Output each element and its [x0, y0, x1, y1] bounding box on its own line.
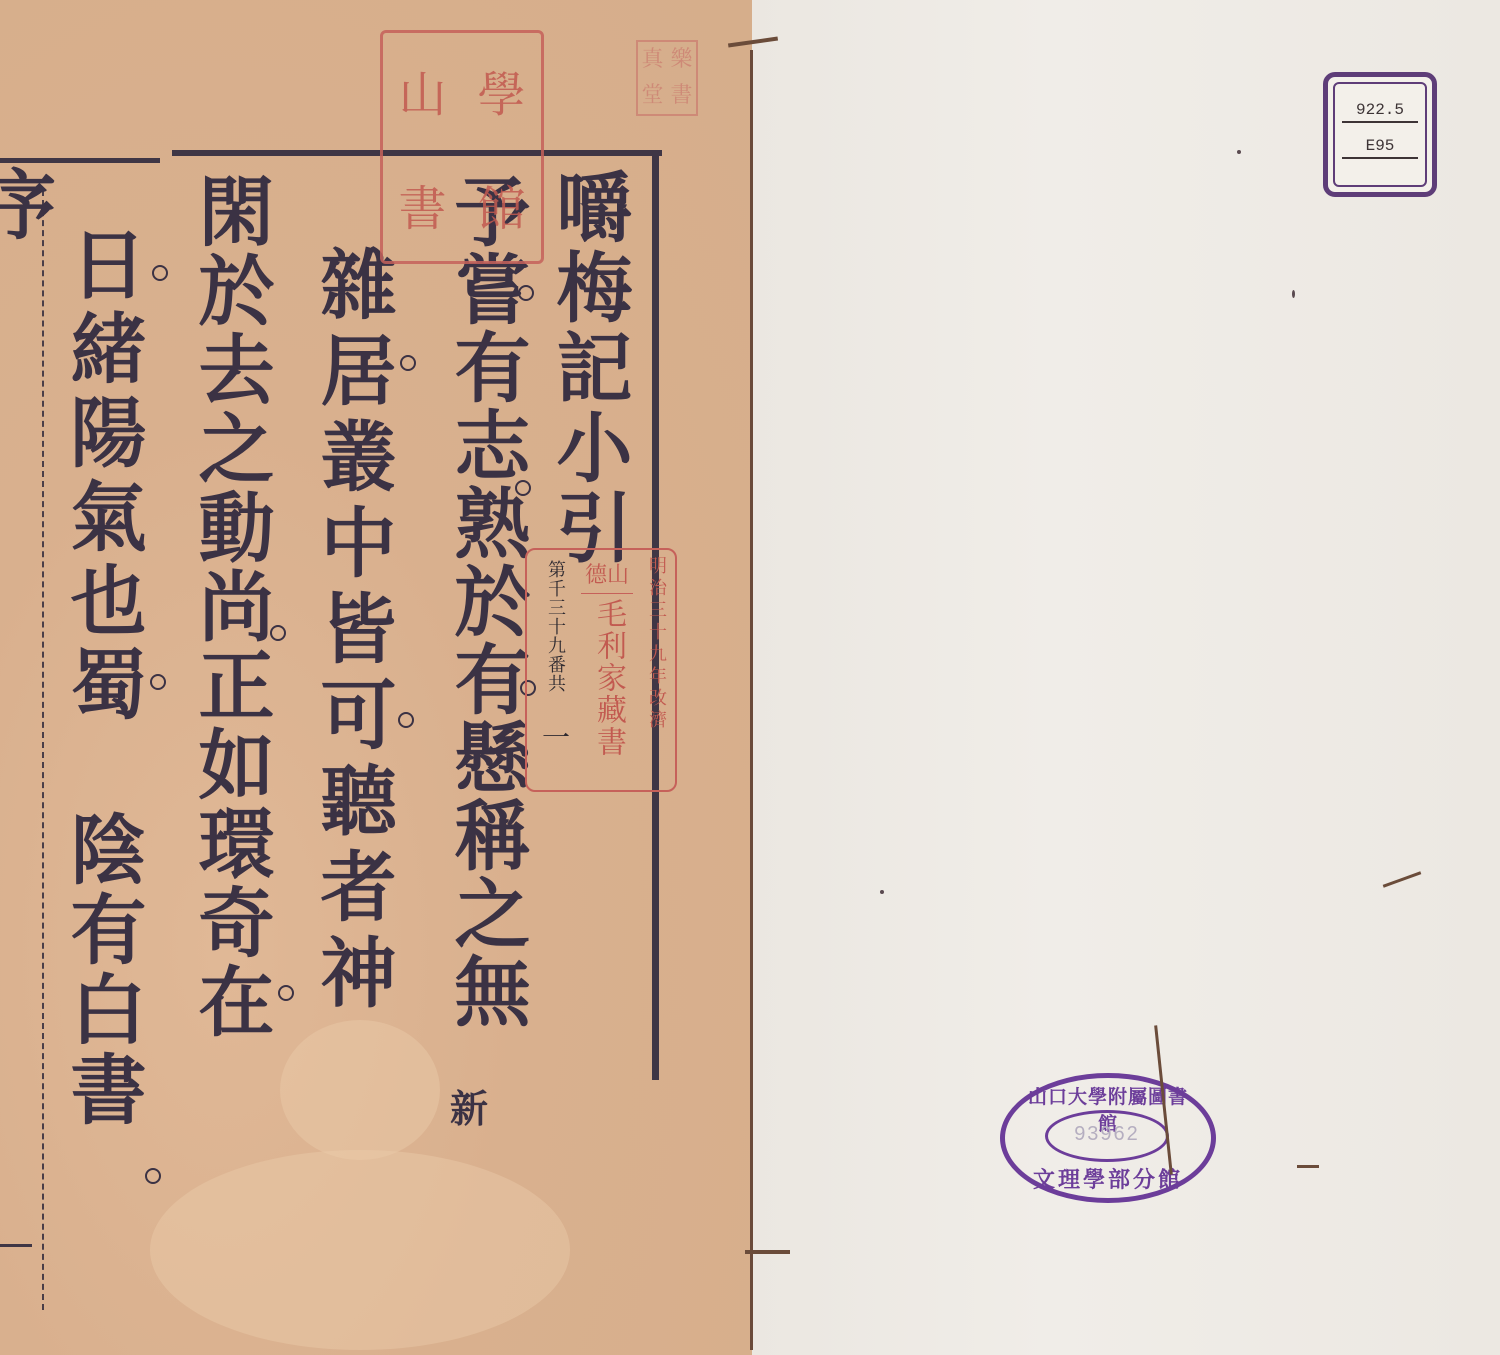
library-seal-large: 山 學 書 館 [380, 30, 544, 264]
page-edge [750, 50, 753, 1350]
border-rule-bottom-left [0, 1244, 32, 1247]
call-number-line1: 922.5 [1328, 101, 1432, 119]
seal-count-text: 一 [539, 716, 573, 756]
stamp-bottom-text: 文理學部分館 [1027, 1163, 1189, 1194]
text-column-4: 閑於去之動尚正如環奇在 [190, 172, 270, 1041]
left-page: 序 嚼梅記小引 予嘗有志熟於有懸稱之無 新 雜居叢中皆可聽者神 閑於去之動尚正如… [0, 0, 752, 1355]
punctuation-mark [145, 1168, 161, 1184]
debris-dot [1237, 150, 1241, 154]
label-inner-border [1333, 82, 1427, 187]
seal-number-text: 第千三十九番共 [533, 560, 577, 693]
seal-main-text: 毛利家藏書 [585, 598, 631, 758]
accession-number: 93962 [1048, 1123, 1166, 1146]
punctuation-mark [270, 625, 286, 641]
stamp-inner-oval: 93962 [1045, 1110, 1169, 1162]
column-divider [42, 190, 44, 1310]
text-column-5: 日緒陽氣也蜀 [62, 225, 142, 729]
label-rule [1342, 121, 1418, 123]
debris-dot [1292, 290, 1295, 298]
punctuation-mark [278, 985, 294, 1001]
right-page: 922.5 E95 山口大學附屬圖書館 93962 文理學部分館 [752, 0, 1500, 1355]
seal-place-text: 德山 [581, 558, 633, 594]
text-column-6: 陰有白書 [62, 810, 142, 1130]
paper-stain [150, 1150, 570, 1350]
text-column-1: 予嘗有志熟於有懸稱之無 [446, 172, 526, 1030]
university-library-stamp: 山口大學附屬圖書館 93962 文理學部分館 [1000, 1073, 1216, 1203]
title-column: 嚼梅記小引 [548, 168, 628, 568]
debris-dot [880, 890, 884, 894]
binding-thread [745, 1250, 790, 1254]
seal-date-text: 明治三十九年改濟 [643, 556, 669, 732]
paper-stain [280, 1020, 440, 1160]
debris-mark [1383, 871, 1422, 887]
label-rule [1342, 157, 1418, 159]
punctuation-mark [515, 480, 531, 496]
debris-mark [1297, 1165, 1319, 1168]
call-number-line2: E95 [1328, 137, 1432, 155]
call-number-label: 922.5 E95 [1323, 72, 1437, 197]
text-column-2: 新 [450, 1090, 488, 1128]
mori-family-collection-seal: 明治三十九年改濟 德山 毛利家藏書 第千三十九番共 一 [525, 548, 677, 792]
punctuation-mark [400, 355, 416, 371]
punctuation-mark [518, 285, 534, 301]
margin-character: 序 [0, 168, 56, 244]
collector-seal-small: 真 樂 堂 書 [636, 40, 698, 116]
punctuation-mark [150, 674, 166, 690]
punctuation-mark [152, 265, 168, 281]
punctuation-mark [398, 712, 414, 728]
text-column-3: 雜居叢中皆可聽者神 [312, 245, 392, 1019]
